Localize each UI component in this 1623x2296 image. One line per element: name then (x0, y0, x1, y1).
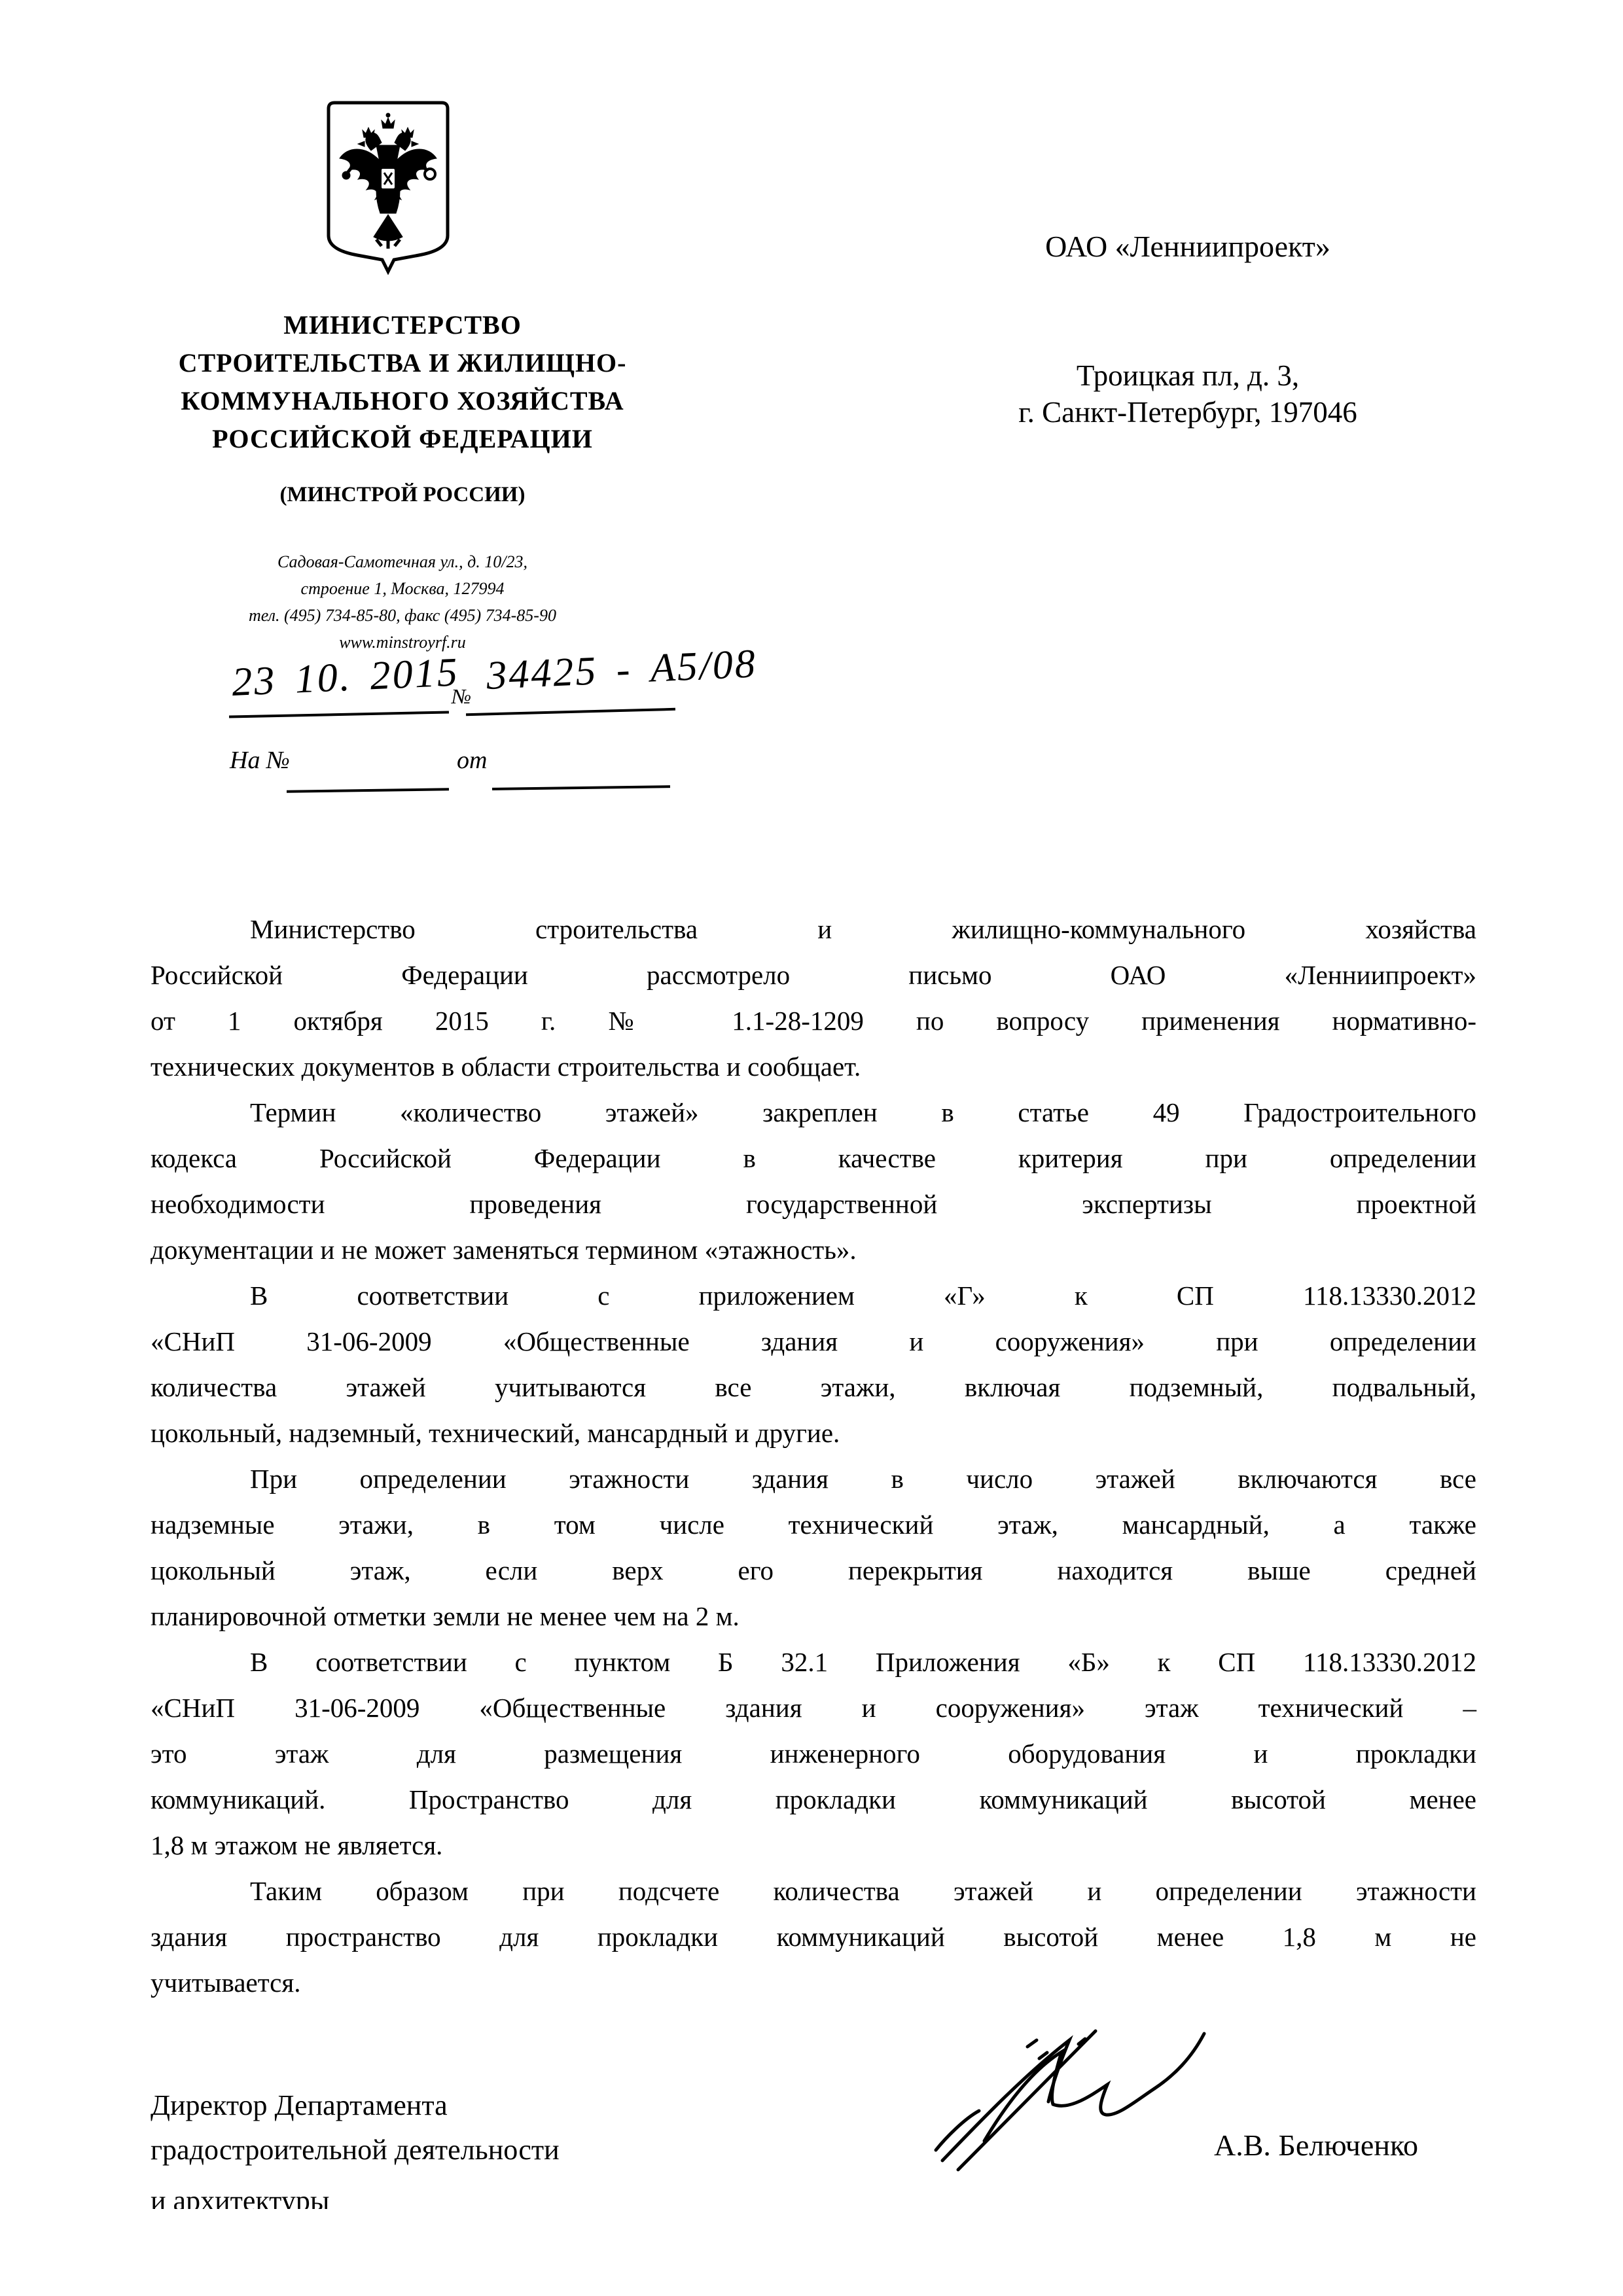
ministry-short-name: (МИНСТРОЙ РОССИИ) (98, 483, 707, 507)
ministry-name-line: МИНИСТЕРСТВО (98, 306, 707, 344)
number-sign: № (452, 684, 471, 709)
signer-title-line-clipped: и архитектуры (151, 2184, 740, 2209)
body-line: 1,8 м этажом не является. (151, 1822, 1476, 1868)
body-line: Российской Федерации рассмотрело письмо … (151, 952, 1476, 998)
ministry-name-line: РОССИЙСКОЙ ФЕДЕРАЦИИ (98, 420, 707, 458)
body-line: планировочной отметки земли не менее чем… (151, 1593, 1476, 1639)
reply-number-label: На № (230, 746, 290, 775)
body-line: цокольный этаж, если верх его перекрытия… (151, 1547, 1476, 1593)
body-line: коммуникаций. Пространство для прокладки… (151, 1776, 1476, 1822)
body-line: учитывается. (151, 1960, 1476, 2005)
ministry-address-line: Садовая-Самотечная ул., д. 10/23, (98, 548, 707, 575)
ministry-name: МИНИСТЕРСТВО СТРОИТЕЛЬСТВА И ЖИЛИЩНО- КО… (98, 306, 707, 458)
body-paragraph: Таким образом при подсчете количества эт… (151, 1868, 1476, 2005)
body-line: технических документов в области строите… (151, 1044, 1476, 1089)
ministry-name-line: СТРОИТЕЛЬСТВА И ЖИЛИЩНО- (98, 344, 707, 382)
russia-coat-of-arms-icon (325, 99, 451, 275)
body-line: здания пространство для прокладки коммун… (151, 1914, 1476, 1960)
body-line: количества этажей учитываются все этажи,… (151, 1364, 1476, 1410)
body-line: В соответствии с приложением «Г» к СП 11… (151, 1273, 1476, 1318)
date-underline (229, 711, 449, 718)
recipient-address-line: Троицкая пл, д. 3, (883, 357, 1492, 394)
body-line: При определении этажности здания в число… (151, 1456, 1476, 1502)
ministry-address-line: тел. (495) 734-85-80, факс (495) 734-85-… (98, 602, 707, 629)
ministry-address-block: Садовая-Самотечная ул., д. 10/23, строен… (98, 548, 707, 656)
reply-date-blank-line (492, 785, 670, 790)
body-line: это этаж для размещения инженерного обор… (151, 1731, 1476, 1776)
signer-title-line: и архитектуры (151, 2184, 740, 2209)
recipient-address: Троицкая пл, д. 3, г. Санкт-Петербург, 1… (883, 357, 1492, 431)
body-paragraph: Термин «количество этажей» закреплен в с… (151, 1089, 1476, 1273)
body-paragraph: При определении этажности здания в число… (151, 1456, 1476, 1639)
scanned-letter-page: { "letterhead": { "ministry_lines": [ "М… (0, 0, 1623, 2296)
number-underline (466, 708, 675, 716)
handwritten-signature-icon (931, 2022, 1245, 2176)
signer-title-line: Директор Департамента (151, 2089, 740, 2122)
recipient-address-line: г. Санкт-Петербург, 197046 (883, 394, 1492, 431)
body-line: цокольный, надземный, технический, манса… (151, 1410, 1476, 1456)
body-line: необходимости проведения государственной… (151, 1181, 1476, 1227)
body-line: Термин «количество этажей» закреплен в с… (151, 1089, 1476, 1135)
body-line: Министерство строительства и жилищно-ком… (151, 906, 1476, 952)
ministry-address-line: строение 1, Москва, 127994 (98, 575, 707, 602)
body-paragraph: В соответствии с пунктом Б 32.1 Приложен… (151, 1639, 1476, 1868)
body-line: «СНиП 31-06-2009 «Общественные здания и … (151, 1318, 1476, 1364)
body-line: кодекса Российской Федерации в качестве … (151, 1135, 1476, 1181)
ministry-name-line: КОММУНАЛЬНОГО ХОЗЯЙСТВА (98, 382, 707, 420)
outgoing-date-handwritten: 23 10. 2015 (231, 649, 460, 706)
body-line: «СНиП 31-06-2009 «Общественные здания и … (151, 1685, 1476, 1731)
body-line: В соответствии с пунктом Б 32.1 Приложен… (151, 1639, 1476, 1685)
letter-body: Министерство строительства и жилищно-ком… (151, 906, 1476, 2005)
reply-number-blank-line (287, 788, 449, 792)
body-line: Таким образом при подсчете количества эт… (151, 1868, 1476, 1914)
reply-date-label: от (457, 746, 487, 775)
body-line: от 1 октября 2015 г. № 1.1-28-1209 по во… (151, 998, 1476, 1044)
recipient-name: ОАО «Ленниипроект» (883, 229, 1492, 264)
signer-title-line: градостроительной деятельности (151, 2133, 740, 2166)
body-line: надземные этажи, в том числе технический… (151, 1502, 1476, 1547)
body-line: документации и не может заменяться терми… (151, 1227, 1476, 1273)
signer-name: А.В. Белюченко (1214, 2128, 1554, 2163)
body-paragraph: В соответствии с приложением «Г» к СП 11… (151, 1273, 1476, 1456)
body-paragraph: Министерство строительства и жилищно-ком… (151, 906, 1476, 1089)
